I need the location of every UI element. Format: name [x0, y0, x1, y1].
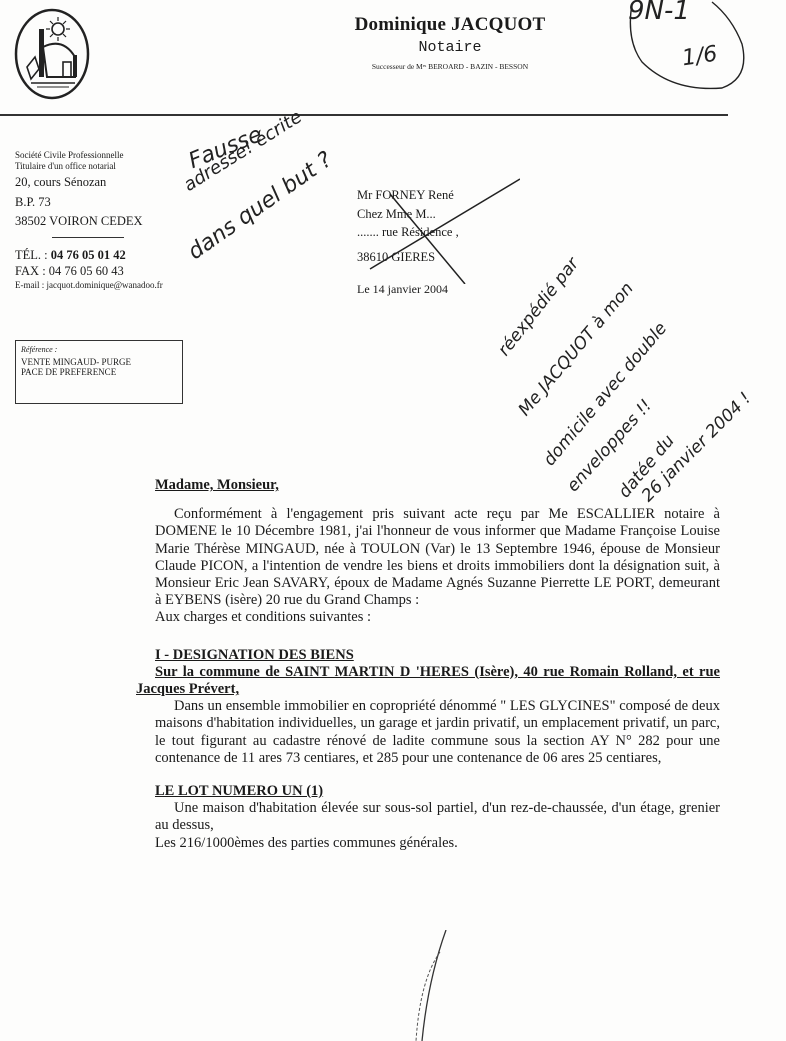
sender-divider [52, 237, 124, 238]
sender-street: 20, cours Sénozan [15, 176, 143, 189]
paragraph-conditions: Aux charges et conditions suivantes : [155, 609, 720, 626]
tel-number: 04 76 05 01 42 [51, 248, 126, 262]
handwritten-note-right: réexpédié par Me JACQUOT à mon domicile … [500, 250, 780, 490]
notary-name: Dominique JACQUOT [300, 14, 600, 36]
sender-address: Société Civile Professionnelle Titulaire… [15, 151, 143, 228]
fax-number: FAX : 04 76 05 60 43 [15, 265, 163, 278]
letter-date: Le 14 janvier 2004 [357, 283, 459, 295]
property-location: Sur la commune de SAINT MARTIN D 'HERES … [136, 664, 720, 698]
notary-title: Notaire [300, 39, 600, 56]
header-divider [0, 114, 728, 116]
sender-company: Société Civile Professionnelle [15, 151, 143, 160]
reference-line: VENTE MINGAUD- PURGE [21, 357, 177, 368]
signature-scribble-icon [380, 930, 460, 1041]
paragraph-description: Dans un ensemble immobilier en coproprié… [155, 698, 720, 767]
paragraph-lot-description: Une maison d'habitation élevée sur sous-… [155, 800, 720, 834]
successor-line: Successeur de Mᵉˢ BEROARD - BAZIN - BESS… [300, 62, 600, 71]
sender-contact: TÉL. : 04 76 05 01 42 FAX : 04 76 05 60 … [15, 249, 163, 290]
lot-heading: LE LOT NUMERO UN (1) [155, 783, 720, 800]
reference-label: Référence : [21, 345, 177, 355]
letter-body: Madame, Monsieur, Conformément à l'engag… [155, 477, 720, 852]
address-crossout-mark [360, 174, 520, 284]
stamp-code: 9N-1 [628, 0, 690, 26]
notary-seal-logo-icon [13, 7, 91, 101]
email-address[interactable]: E-mail : jacquot.dominique@wanadoo.fr [15, 281, 163, 290]
reference-box: Référence : VENTE MINGAUD- PURGE PACE DE… [15, 340, 183, 404]
sender-office: Titulaire d'un office notarial [15, 162, 143, 171]
stamp-page: 1/6 [680, 42, 719, 72]
section-heading: I - DESIGNATION DES BIENS [155, 647, 720, 664]
reference-line: PACE DE PREFERENCE [21, 367, 177, 378]
salutation: Madame, Monsieur, [155, 477, 720, 494]
sender-city: 38502 VOIRON CEDEX [15, 215, 143, 228]
tel-label: TÉL. : [15, 248, 51, 262]
paragraph-shares: Les 216/1000èmes des parties communes gé… [155, 835, 720, 852]
sender-po-box: B.P. 73 [15, 196, 143, 209]
paragraph-undertaking: Conformément à l'engagement pris suivant… [155, 506, 720, 609]
